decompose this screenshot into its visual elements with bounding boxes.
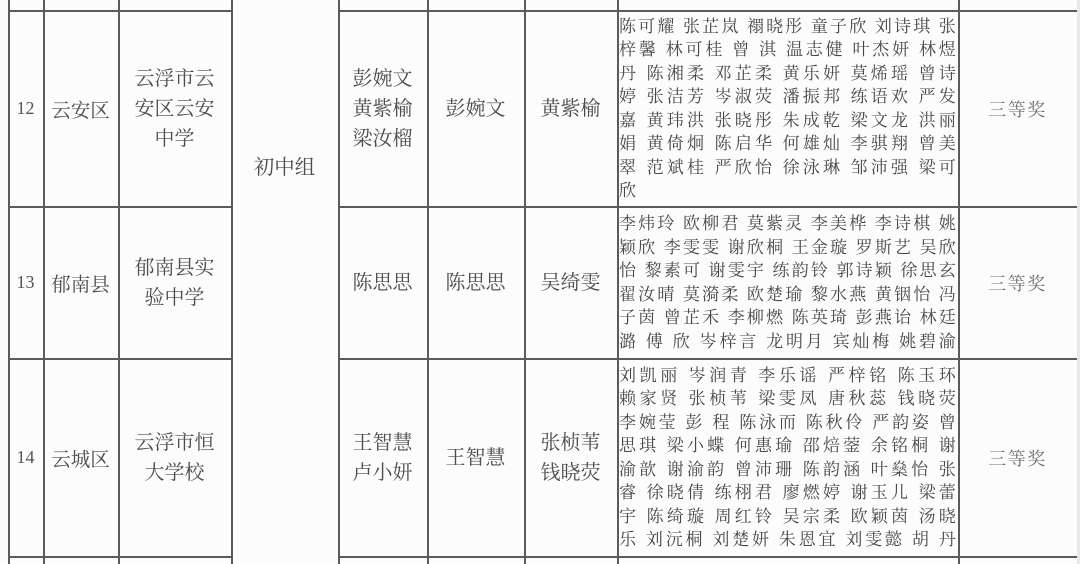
award-table-page: 初中组 12 云安区 云浮市云安区云安中学 彭婉文 黄紫榆 梁汝榴 彭婉文 黄紫… (0, 0, 1080, 564)
grid-hline (338, 556, 1077, 558)
student-list-text: 陈可耀 张芷岚 禤晓彤 童子欣 刘诗琪 张 梓馨 林可桂 曾 淇 温志健 叶杰妍… (619, 15, 956, 203)
district-name: 云安区 (43, 11, 118, 206)
student-list-text: 刘凯丽 岑润青 李乐谣 严梓铭 陈玉环 赖家贤 张桢苇 梁雯凤 唐秋蕊 钱晓荧 … (619, 364, 956, 552)
team-members-text: 王智慧 卢小妍 (353, 428, 413, 488)
row-number: 12 (8, 11, 43, 206)
participant-name-2-text: 张桢苇 钱晓荧 (541, 428, 601, 488)
participant-name-2: 张桢苇 钱晓荧 (524, 359, 617, 556)
row-number: 13 (8, 207, 43, 358)
participant-name-1: 陈思思 (427, 207, 524, 358)
award-level: 三等奖 (958, 11, 1077, 206)
student-list: 李炜玲 欧柳君 莫紫灵 李美桦 李诗棋 姚 颖欣 李雯雯 谢欣桐 王金璇 罗斯艺… (617, 207, 958, 358)
team-members: 陈思思 (338, 207, 427, 358)
school-name: 郁南县实验中学 (118, 207, 231, 358)
team-members-text: 彭婉文 黄紫榆 梁汝榴 (353, 64, 413, 154)
participant-name-2: 吴绮雯 (524, 207, 617, 358)
district-name: 云城区 (43, 359, 118, 556)
group-column-cell: 初中组 (231, 0, 338, 564)
award-level: 三等奖 (958, 207, 1077, 358)
student-list-text: 李炜玲 欧柳君 莫紫灵 李美桦 李诗棋 姚 颖欣 李雯雯 谢欣桐 王金璇 罗斯艺… (619, 212, 956, 353)
team-members: 王智慧 卢小妍 (338, 359, 427, 556)
row-number: 14 (8, 359, 43, 556)
student-list: 刘凯丽 岑润青 李乐谣 严梓铭 陈玉环 赖家贤 张桢苇 梁雯凤 唐秋蕊 钱晓荧 … (617, 359, 958, 556)
grid-hline (8, 556, 231, 558)
participant-name-1: 王智慧 (427, 359, 524, 556)
team-members: 彭婉文 黄紫榆 梁汝榴 (338, 11, 427, 206)
student-list: 陈可耀 张芷岚 禤晓彤 童子欣 刘诗琪 张 梓馨 林可桂 曾 淇 温志健 叶杰妍… (617, 11, 958, 206)
participant-name-2: 黄紫榆 (524, 11, 617, 206)
school-name: 云浮市恒大学校 (118, 359, 231, 556)
school-name: 云浮市云安区云安中学 (118, 11, 231, 206)
award-level: 三等奖 (958, 359, 1077, 556)
participant-name-1: 彭婉文 (427, 11, 524, 206)
team-members-text: 陈思思 (353, 268, 413, 298)
district-name: 郁南县 (43, 207, 118, 358)
group-label: 初中组 (231, 150, 338, 180)
